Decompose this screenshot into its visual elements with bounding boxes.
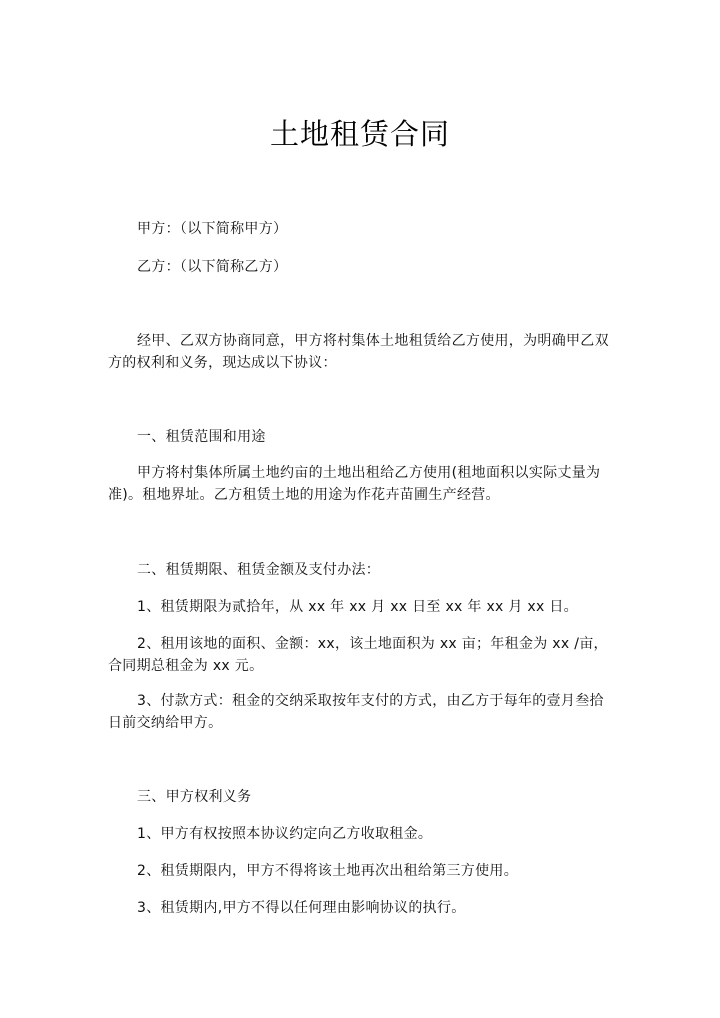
section-2-paragraph-2: 2、租用该地的面积、金额：xx，该土地面积为 xx 亩；年租金为 xx /亩，合… <box>108 633 613 677</box>
preamble-paragraph: 经甲、乙双方协商同意，甲方将村集体土地租赁给乙方使用，为明确甲乙双方的权利和义务… <box>108 330 613 374</box>
document-title: 土地租赁合同 <box>0 112 720 153</box>
section-3-heading: 三、甲方权利义务 <box>137 786 642 808</box>
section-2-paragraph-1: 1、租赁期限为贰拾年，从 xx 年 xx 月 xx 日至 xx 年 xx 月 x… <box>137 596 642 618</box>
section-3-paragraph-1: 1、甲方有权按照本协议约定向乙方收取租金。 <box>137 823 642 845</box>
document-page: 土地租赁合同 甲方：（以下简称甲方） 乙方：（以下简称乙方） 经甲、乙双方协商同… <box>0 0 720 1018</box>
section-2-heading: 二、租赁期限、租赁金额及支付办法： <box>137 559 642 581</box>
section-2-paragraph-3: 3、付款方式：租金的交纳采取按年支付的方式，由乙方于每年的壹月叁拾日前交纳给甲方… <box>108 690 613 734</box>
section-3-paragraph-2: 2、租赁期限内，甲方不得将该土地再次出租给第三方使用。 <box>137 860 642 882</box>
party-b-line: 乙方：（以下简称乙方） <box>137 256 642 278</box>
party-a-line: 甲方：（以下简称甲方） <box>137 218 642 240</box>
section-3-paragraph-3: 3、租赁期内,甲方不得以任何理由影响协议的执行。 <box>137 897 642 919</box>
section-1-paragraph-1: 甲方将村集体所属土地约亩的土地出租给乙方使用(租地面积以实际丈量为准)。租地界址… <box>108 462 613 506</box>
section-1-heading: 一、租赁范围和用途 <box>137 426 642 448</box>
